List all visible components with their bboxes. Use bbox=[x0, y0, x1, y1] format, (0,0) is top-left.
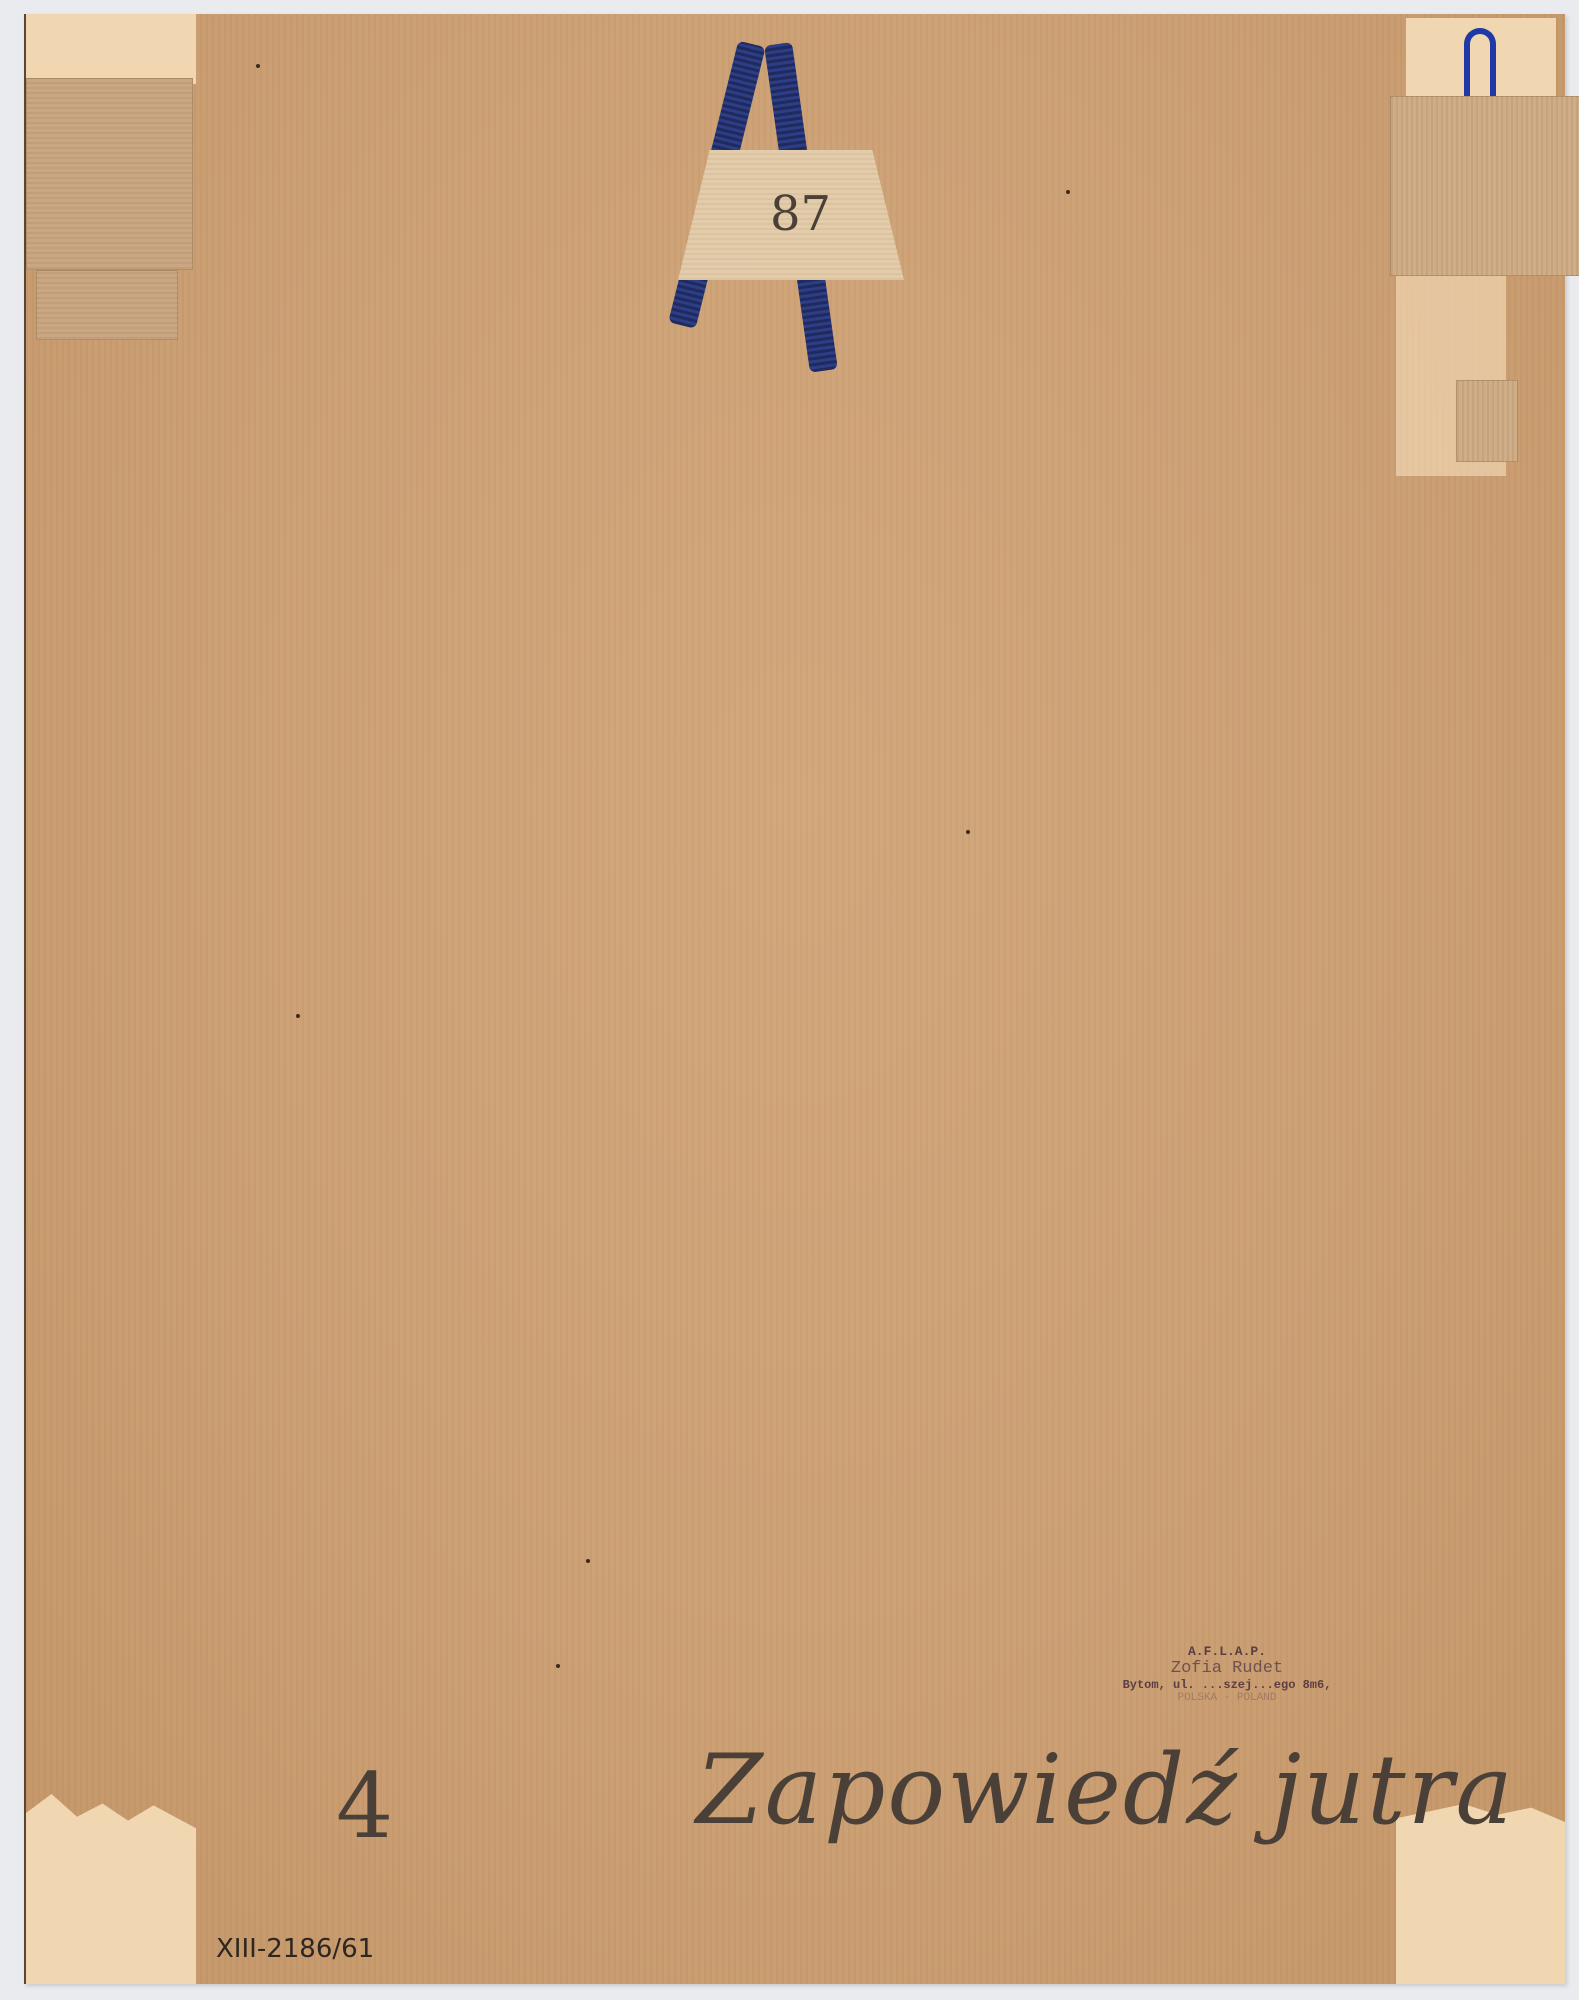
tape-top-left bbox=[26, 78, 193, 270]
speck bbox=[296, 1014, 300, 1018]
tape-top-right bbox=[1390, 96, 1579, 276]
speck bbox=[256, 64, 260, 68]
artist-stamp: A.F.L.A.P. Zofia Rudet Bytom, ul. ...sze… bbox=[1092, 1644, 1362, 1704]
inventory-number: XIII-2186/61 bbox=[216, 1934, 374, 1964]
speck bbox=[556, 1664, 560, 1668]
speck bbox=[966, 830, 970, 834]
speck bbox=[1066, 190, 1070, 194]
tape-left-small bbox=[36, 270, 178, 340]
stamp-line-3: Bytom, ul. ...szej...ego 8m6, bbox=[1092, 1678, 1362, 1692]
cardboard-back: 87 A.F.L.A.P. Zofia Rudet Bytom, ul. ...… bbox=[24, 14, 1565, 1984]
title-inscription: Zapowiedź jutra bbox=[696, 1734, 1515, 1846]
speck bbox=[586, 1559, 590, 1563]
stamp-line-1: A.F.L.A.P. bbox=[1092, 1644, 1362, 1659]
label-number: 87 bbox=[770, 186, 831, 242]
worn-corner-bottom-left bbox=[26, 1794, 196, 1984]
worn-corner-top-left bbox=[26, 14, 196, 84]
hanging-label: 87 bbox=[678, 150, 904, 280]
stamp-line-2: Zofia Rudet bbox=[1092, 1659, 1362, 1678]
tape-right-fragment bbox=[1456, 380, 1518, 462]
stamp-line-4: POLSKA - POLAND bbox=[1092, 1692, 1362, 1704]
pencil-number: 4 bbox=[336, 1754, 393, 1859]
